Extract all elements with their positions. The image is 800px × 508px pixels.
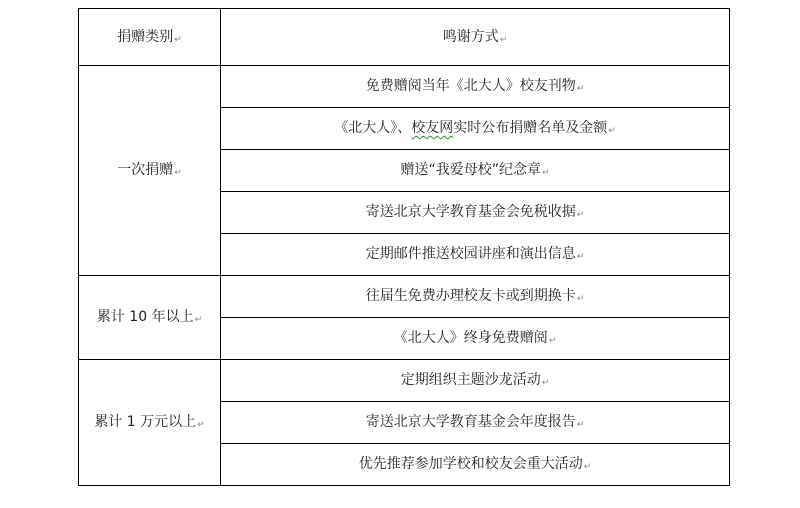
item-text: 《北大人》、 — [334, 120, 411, 136]
item-cell: 往届生免费办理校友卡或到期换卡↵ — [221, 276, 730, 318]
item-text: 寄送北京大学教育基金会年度报告 — [366, 414, 576, 430]
category-text: 累计 10 年以上 — [97, 309, 194, 325]
category-cell-10k-yuan: 累计 1 万元以上↵ — [79, 360, 221, 486]
paragraph-mark-icon: ↵ — [577, 210, 585, 220]
paragraph-mark-icon: ↵ — [542, 378, 550, 388]
item-cell: 定期组织主题沙龙活动↵ — [221, 360, 730, 402]
item-text: 定期邮件推送校园讲座和演出信息 — [366, 246, 576, 262]
item-cell: 免费赠阅当年《北大人》校友刊物↵ — [221, 66, 730, 108]
header-category-text: 捐赠类别 — [117, 29, 173, 45]
paragraph-mark-icon: ↵ — [577, 294, 585, 304]
paragraph-mark-icon: ↵ — [195, 315, 203, 325]
item-cell: 寄送北京大学教育基金会年度报告↵ — [221, 402, 730, 444]
item-text: 优先推荐参加学校和校友会重大活动 — [359, 456, 583, 472]
paragraph-mark-icon: ↵ — [584, 462, 592, 472]
header-category: 捐赠类别↵ — [79, 9, 221, 66]
paragraph-mark-icon: ↵ — [549, 336, 557, 346]
paragraph-mark-icon: ↵ — [577, 420, 585, 430]
category-cell-10-years: 累计 10 年以上↵ — [79, 276, 221, 360]
table-row: 一次捐赠↵ 免费赠阅当年《北大人》校友刊物↵ — [79, 66, 730, 108]
paragraph-mark-icon: ↵ — [542, 168, 550, 178]
item-text: 赠送“我爱母校”纪念章 — [400, 162, 541, 178]
paragraph-mark-icon: ↵ — [577, 252, 585, 262]
donation-acknowledgement-table: 捐赠类别↵ 鸣谢方式↵ 一次捐赠↵ 免费赠阅当年《北大人》校友刊物↵ 《北大人》… — [78, 8, 730, 486]
paragraph-mark-icon: ↵ — [608, 126, 616, 136]
item-text: 实时公布捐赠名单及金额 — [453, 120, 607, 136]
header-acknowledgement: 鸣谢方式↵ — [221, 9, 730, 66]
header-row: 捐赠类别↵ 鸣谢方式↵ — [79, 9, 730, 66]
paragraph-mark-icon: ↵ — [174, 168, 182, 178]
category-text: 累计 1 万元以上 — [94, 414, 196, 430]
item-cell: 《北大人》、校友网实时公布捐赠名单及金额↵ — [221, 108, 730, 150]
paragraph-mark-icon: ↵ — [500, 35, 508, 45]
item-text: 往届生免费办理校友卡或到期换卡 — [366, 288, 576, 304]
item-text: 《北大人》终身免费赠阅 — [394, 330, 548, 346]
table-row: 累计 1 万元以上↵ 定期组织主题沙龙活动↵ — [79, 360, 730, 402]
item-cell: 寄送北京大学教育基金会免税收据↵ — [221, 192, 730, 234]
header-acknowledgement-text: 鸣谢方式 — [443, 29, 499, 45]
item-text: 免费赠阅当年《北大人》校友刊物 — [366, 78, 576, 94]
item-cell: 赠送“我爱母校”纪念章↵ — [221, 150, 730, 192]
item-text: 定期组织主题沙龙活动 — [401, 372, 541, 388]
item-text: 寄送北京大学教育基金会免税收据 — [366, 204, 576, 220]
item-cell: 定期邮件推送校园讲座和演出信息↵ — [221, 234, 730, 276]
paragraph-mark-icon: ↵ — [174, 35, 182, 45]
item-cell: 《北大人》终身免费赠阅↵ — [221, 318, 730, 360]
paragraph-mark-icon: ↵ — [577, 84, 585, 94]
table-row: 累计 10 年以上↵ 往届生免费办理校友卡或到期换卡↵ — [79, 276, 730, 318]
paragraph-mark-icon: ↵ — [197, 420, 205, 430]
category-cell-one-time: 一次捐赠↵ — [79, 66, 221, 276]
spellcheck-underlined-text: 校友网 — [411, 120, 453, 136]
category-text: 一次捐赠 — [117, 162, 173, 178]
item-cell: 优先推荐参加学校和校友会重大活动↵ — [221, 444, 730, 486]
